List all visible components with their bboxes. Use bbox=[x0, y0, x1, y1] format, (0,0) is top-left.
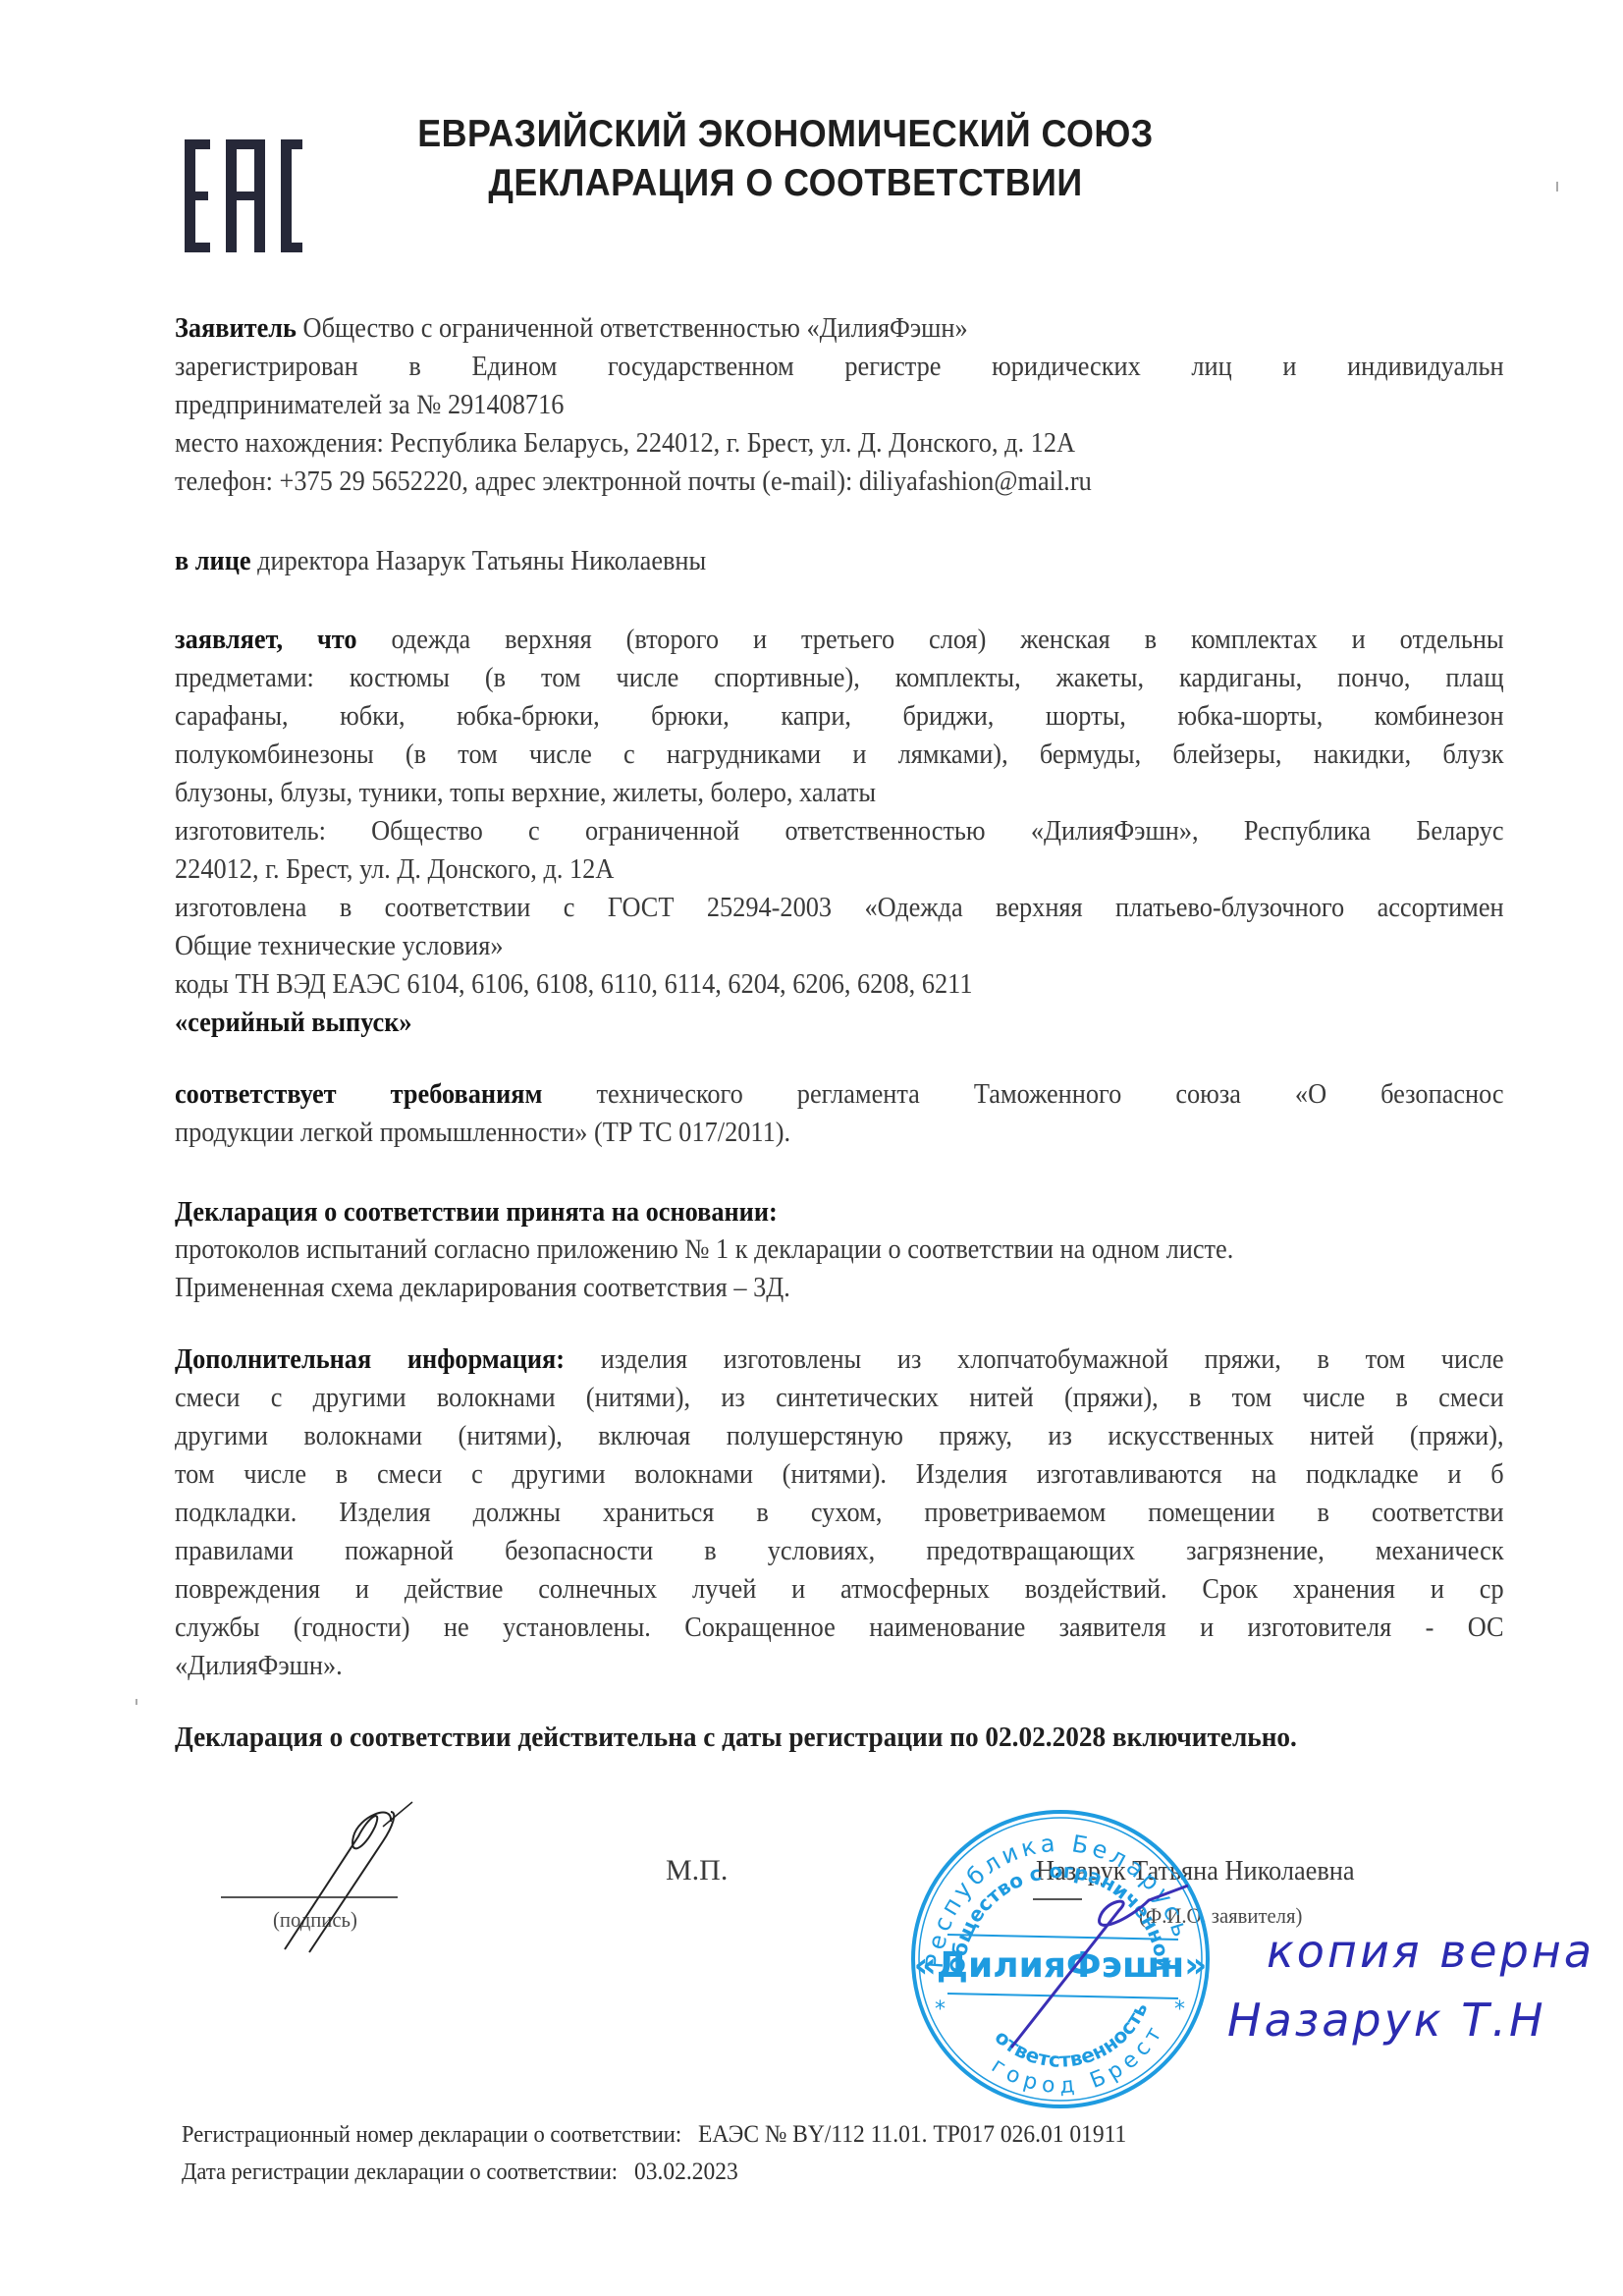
validity-statement: Декларация о соответствии действительна … bbox=[175, 1721, 1504, 1754]
registration-date-line: Дата регистрации декларации о соответств… bbox=[182, 2159, 738, 2186]
additional-line-8: службы (годности) не установлены. Сокращ… bbox=[175, 1612, 1504, 1645]
representative-line: в лице директора Назарук Татьяны Николае… bbox=[175, 545, 1504, 578]
additional-line-1: Дополнительная информация: изделия изгот… bbox=[175, 1343, 1504, 1377]
registration-line-2: предпринимателей за № 291408716 bbox=[175, 389, 1504, 422]
registration-number-line: Регистрационный номер декларации о соотв… bbox=[182, 2121, 1126, 2149]
additional-line-2: смеси с другими волокнами (нитями), из с… bbox=[175, 1382, 1504, 1415]
registration-number: ЕАЭС № BY/112 11.01. ТР017 026.01 01911 bbox=[698, 2121, 1126, 2148]
declaration-line-2: предметами: костюмы (в том числе спортив… bbox=[175, 662, 1504, 695]
representative-text: директора Назарук Татьяны Николаевны bbox=[257, 546, 706, 576]
union-title: ЕВРАЗИЙСКИЙ ЭКОНОМИЧЕСКИЙ СОЮЗ bbox=[334, 113, 1237, 156]
registration-date: 03.02.2023 bbox=[634, 2159, 738, 2185]
additional-line-7: повреждения и действие солнечных лучей и… bbox=[175, 1573, 1504, 1607]
handwritten-certification-line1: копия верна bbox=[1267, 1925, 1595, 1978]
registration-date-label: Дата регистрации декларации о соответств… bbox=[182, 2159, 618, 2185]
declaration-label: заявляет, что bbox=[175, 625, 357, 655]
hs-codes-line: коды ТН ВЭД ЕАЭС 6104, 6106, 6108, 6110,… bbox=[175, 968, 1504, 1002]
basis-heading: Декларация о соответствии принята на осн… bbox=[175, 1196, 1504, 1230]
registration-number-label: Регистрационный номер декларации о соотв… bbox=[182, 2122, 681, 2148]
declaration-line-1: заявляет, что одежда верхняя (второго и … bbox=[175, 624, 1504, 657]
additional-label: Дополнительная информация: bbox=[175, 1344, 565, 1375]
handwritten-certification-line2: Назарук Т.Н bbox=[1227, 1994, 1546, 2047]
applicant-name: Общество с ограниченной ответственностью… bbox=[303, 313, 968, 344]
applicant-line: Заявитель Общество с ограниченной ответс… bbox=[175, 312, 1504, 346]
release-type: «серийный выпуск» bbox=[175, 1007, 1504, 1040]
company-stamp: Республика Беларусь Общество с ограничен… bbox=[903, 1802, 1217, 2116]
manufacturer-line-2: 224012, г. Брест, ул. Д. Донского, д. 12… bbox=[175, 853, 1504, 887]
additional-line-4: том числе в смеси с другими волокнами (н… bbox=[175, 1458, 1504, 1492]
eac-logo-icon bbox=[177, 135, 304, 257]
additional-line-5: подкладки. Изделия должны храниться в су… bbox=[175, 1497, 1504, 1530]
compliance-line-1: соответствует требованиям технического р… bbox=[175, 1078, 1504, 1112]
compliance-label: соответствует требованиям bbox=[175, 1079, 542, 1110]
svg-text:*: * bbox=[935, 1997, 946, 2022]
declaration-page: ЕВРАЗИЙСКИЙ ЭКОНОМИЧЕСКИЙ СОЮЗ ДЕКЛАРАЦИ… bbox=[0, 0, 1623, 2296]
scan-artifact bbox=[1556, 182, 1558, 191]
registration-line-1: зарегистрирован в Едином государственном… bbox=[175, 351, 1504, 384]
additional-line-9: «ДилияФэшн». bbox=[175, 1650, 1504, 1683]
applicant-label: Заявитель bbox=[175, 313, 297, 344]
standard-line-1: изготовлена в соответствии с ГОСТ 25294-… bbox=[175, 892, 1504, 925]
compliance-line-2: продукции легкой промышленности» (ТР ТС … bbox=[175, 1117, 1504, 1150]
representative-label: в лице bbox=[175, 546, 251, 576]
standard-line-2: Общие технические условия» bbox=[175, 930, 1504, 963]
document-title: ДЕКЛАРАЦИЯ О СООТВЕТСТВИИ bbox=[334, 162, 1237, 205]
address-line: место нахождения: Республика Беларусь, 2… bbox=[175, 427, 1504, 461]
declaration-line-4: полукомбинезоны (в том числе с нагрудник… bbox=[175, 738, 1504, 772]
declaration-line-5: блузоны, блузы, туники, топы верхние, жи… bbox=[175, 777, 1504, 810]
additional-line-3: другими волокнами (нитями), включая полу… bbox=[175, 1420, 1504, 1453]
manufacturer-line-1: изготовитель: Общество с ограниченной от… bbox=[175, 815, 1504, 848]
svg-text:*: * bbox=[1174, 1997, 1185, 2022]
seal-label: М.П. bbox=[666, 1854, 728, 1887]
handwritten-signature-icon bbox=[265, 1797, 452, 1954]
contacts-line: телефон: +375 29 5652220, адрес электрон… bbox=[175, 465, 1504, 499]
declaration-line-3: сарафаны, юбки, юбка-брюки, брюки, капри… bbox=[175, 700, 1504, 734]
basis-line-2: Примененная схема декларирования соответ… bbox=[175, 1272, 1504, 1305]
stamp-center-text: «ДилияФэшн» bbox=[914, 1945, 1208, 1986]
scan-artifact bbox=[135, 1699, 137, 1705]
basis-line-1: протоколов испытаний согласно приложению… bbox=[175, 1233, 1504, 1267]
additional-line-6: правилами пожарной безопасности в услови… bbox=[175, 1535, 1504, 1568]
